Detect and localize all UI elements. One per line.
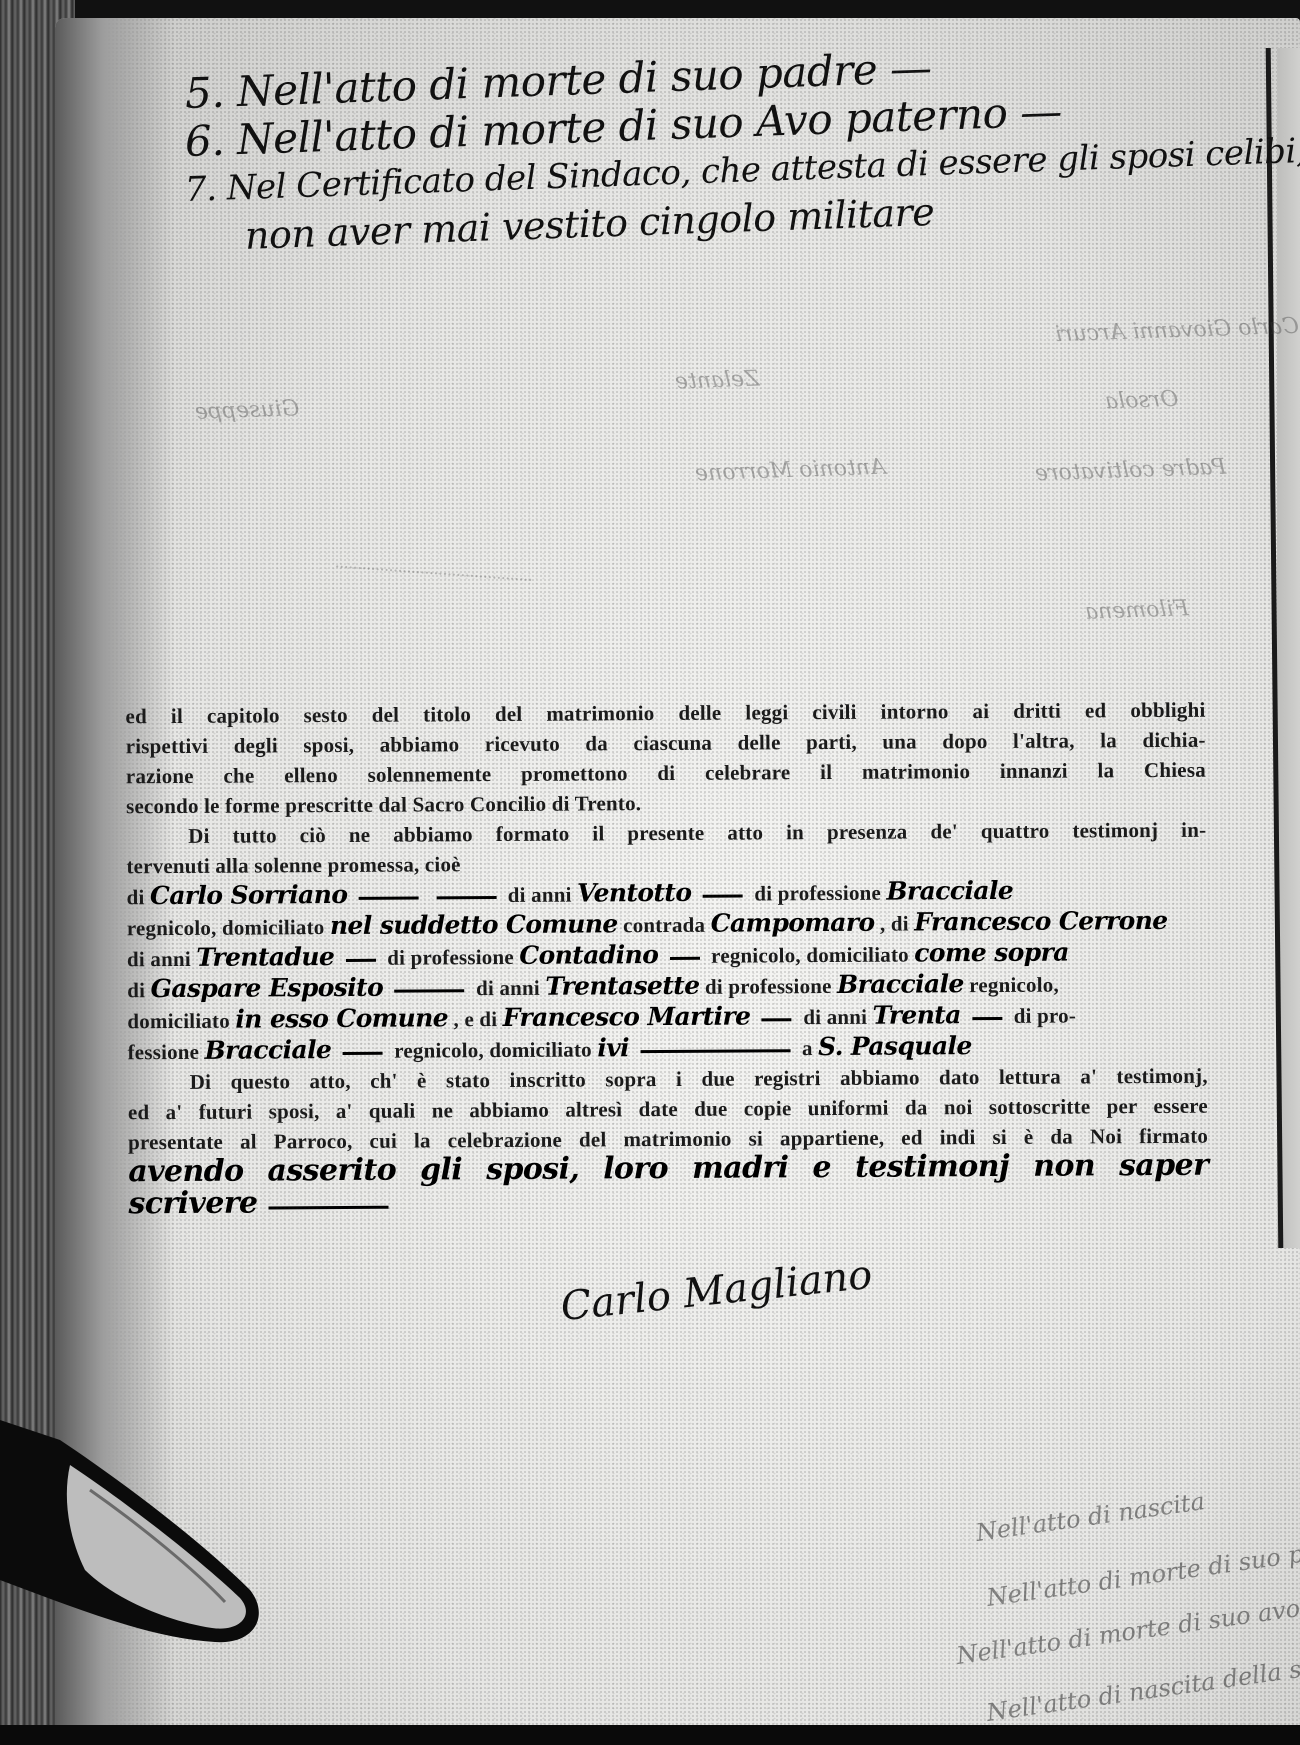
fill-dash — [640, 1049, 790, 1053]
witness-contrada: Campomaro — [711, 908, 875, 938]
witness-name: Francesco Cerrone — [914, 906, 1168, 937]
bleed-through-print: ........................................… — [335, 551, 534, 586]
witness-residence: in esso Comune — [235, 1003, 448, 1033]
witness-name: Carlo Sorriano — [150, 880, 348, 910]
fill-dash — [703, 894, 743, 897]
witness-profession: Contadino — [519, 940, 658, 970]
handwritten-annotations: 5. Nell'atto di morte di suo padre — 6. … — [185, 70, 1300, 262]
fill-dash — [436, 896, 496, 899]
bleed-through-text: Zelante — [675, 367, 760, 395]
witness-age: Trenta — [872, 1000, 960, 1030]
witness-residence: ivi — [597, 1033, 629, 1062]
witness-name: Gaspare Esposito — [150, 973, 383, 1003]
fill-dash — [269, 1205, 389, 1209]
printed-form-text: ed il capitolo sesto del titolo del matr… — [125, 695, 1208, 1222]
fill-dash — [343, 1051, 383, 1054]
witness-residence: nel suddetto Comune — [330, 909, 618, 940]
witness-residence: come sopra — [914, 938, 1069, 968]
bleed-through-text: Giuseppe — [195, 396, 300, 425]
witness-line: domiciliato in esso Comune , e di France… — [127, 999, 1207, 1037]
fill-dash — [395, 989, 465, 992]
fill-dash — [762, 1018, 792, 1021]
fill-dash — [670, 956, 700, 959]
witness-profession: Bracciale — [837, 969, 964, 999]
closing-handwritten-line: avendo asserito gli sposi, loro madri e … — [128, 1151, 1208, 1222]
bleed-through-text: Filomena — [1085, 596, 1190, 625]
witness-name: Francesco Martire — [503, 1001, 751, 1032]
witness-place: S. Pasquale — [818, 1031, 972, 1061]
witness-profession: Bracciale — [886, 876, 1013, 906]
bleed-through-text: Orsola — [1105, 387, 1179, 415]
fill-dash — [359, 896, 419, 899]
witness-profession: Bracciale — [205, 1035, 332, 1065]
witness-age: Trentasette — [545, 971, 699, 1001]
thumb-holding-page — [0, 1420, 270, 1650]
witness-age: Trentadue — [196, 942, 334, 972]
bleed-through-text: Nell'atto di nascita — [974, 1487, 1206, 1547]
official-signature: Carlo Magliano — [558, 1252, 874, 1330]
fill-dash — [346, 958, 376, 961]
page-bottom-edge — [0, 1725, 1300, 1745]
fill-dash — [972, 1017, 1002, 1020]
bleed-through-text: Carlo Giovanni Arcuri — [1055, 314, 1300, 347]
bleed-through-text: Antonio Morrone — [695, 455, 887, 487]
witness-age: Ventotto — [577, 878, 692, 908]
scanned-page-background: Carlo Giovanni Arcuri Orsola Padre colti… — [0, 0, 1300, 1745]
bleed-through-text: Padre coltivatore — [1035, 455, 1227, 487]
